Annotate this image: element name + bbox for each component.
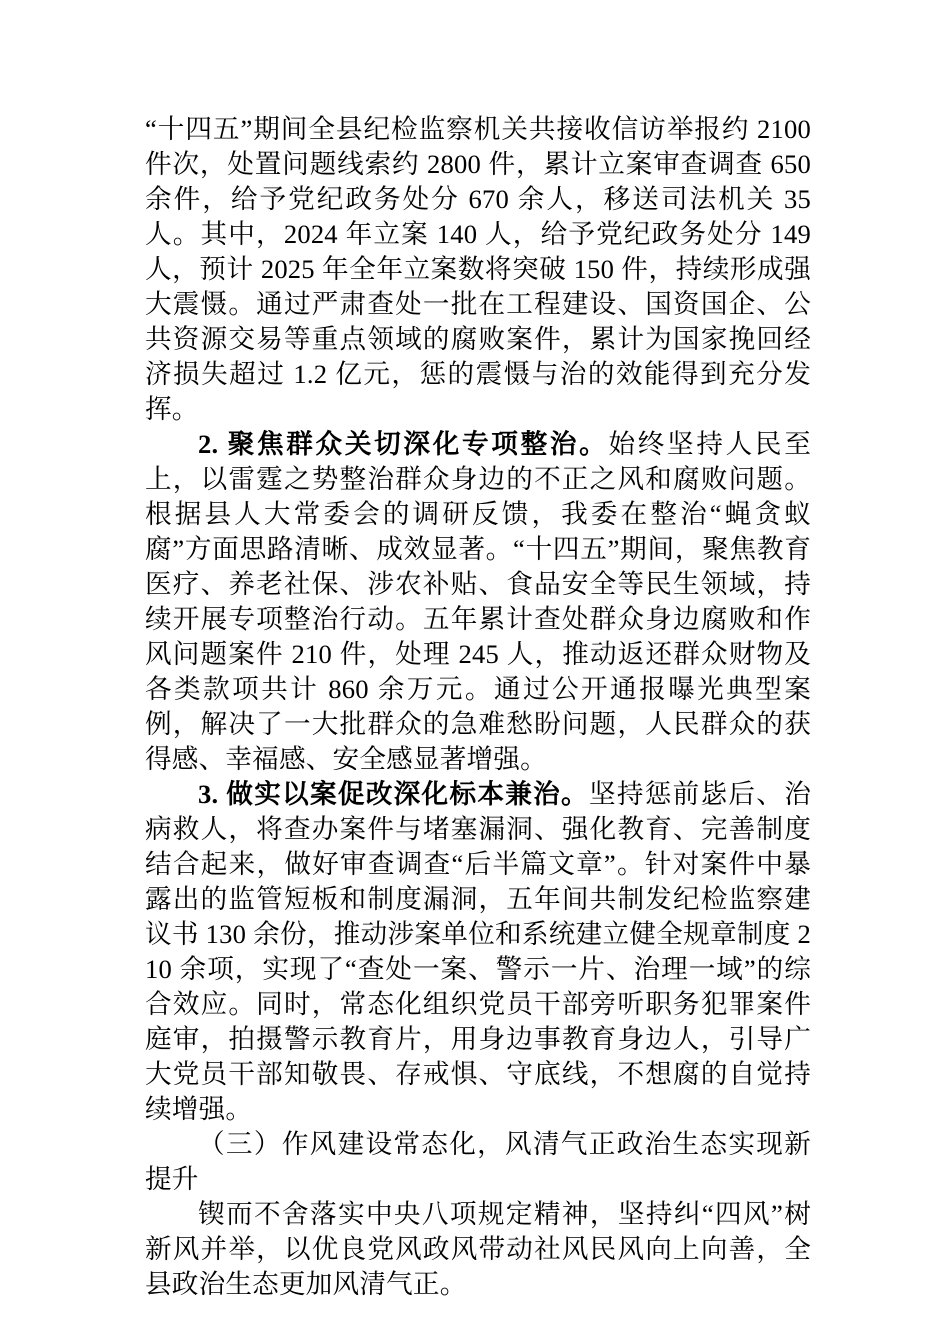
paragraph-lead-bold: 3. 做实以案促改深化标本兼治。	[198, 779, 589, 809]
paragraph-text: 锲而不舍落实中央八项规定精神，坚持纠“四风”树新风并举，以优良党风政风带动社风民…	[145, 1199, 811, 1299]
document-page: “十四五”期间全县纪检监察机关共接收信访举报约 2100 件次，处置问题线索约 …	[0, 0, 950, 1344]
section-heading-three-work-style: （三）作风建设常态化，风清气正政治生态实现新提升	[145, 1127, 811, 1197]
paragraph-text: 坚持惩前毖后、治病救人，将查办案件与堵塞漏洞、强化教育、完善制度结合起来，做好审…	[145, 779, 811, 1124]
document-body: “十四五”期间全县纪检监察机关共接收信访举报约 2100 件次，处置问题线索约 …	[145, 112, 811, 1302]
paragraph-item-2-special-rectification: 2. 聚焦群众关切深化专项整治。始终坚持人民至上，以雷霆之势整治群众身边的不正之…	[145, 427, 811, 777]
paragraph-item-3-case-based-reform: 3. 做实以案促改深化标本兼治。坚持惩前毖后、治病救人，将查办案件与堵塞漏洞、强…	[145, 777, 811, 1127]
paragraph-lead-bold: 2. 聚焦群众关切深化专项整治。	[198, 429, 608, 459]
paragraph-section-three-body: 锲而不舍落实中央八项规定精神，坚持纠“四风”树新风并举，以优良党风政风带动社风民…	[145, 1197, 811, 1302]
paragraph-continuation-discipline-stats: “十四五”期间全县纪检监察机关共接收信访举报约 2100 件次，处置问题线索约 …	[145, 112, 811, 427]
paragraph-text: 始终坚持人民至上，以雷霆之势整治群众身边的不正之风和腐败问题。根据县人大常委会的…	[145, 429, 811, 774]
paragraph-text: （三）作风建设常态化，风清气正政治生态实现新提升	[145, 1129, 811, 1194]
paragraph-text: “十四五”期间全县纪检监察机关共接收信访举报约 2100 件次，处置问题线索约 …	[145, 114, 811, 424]
